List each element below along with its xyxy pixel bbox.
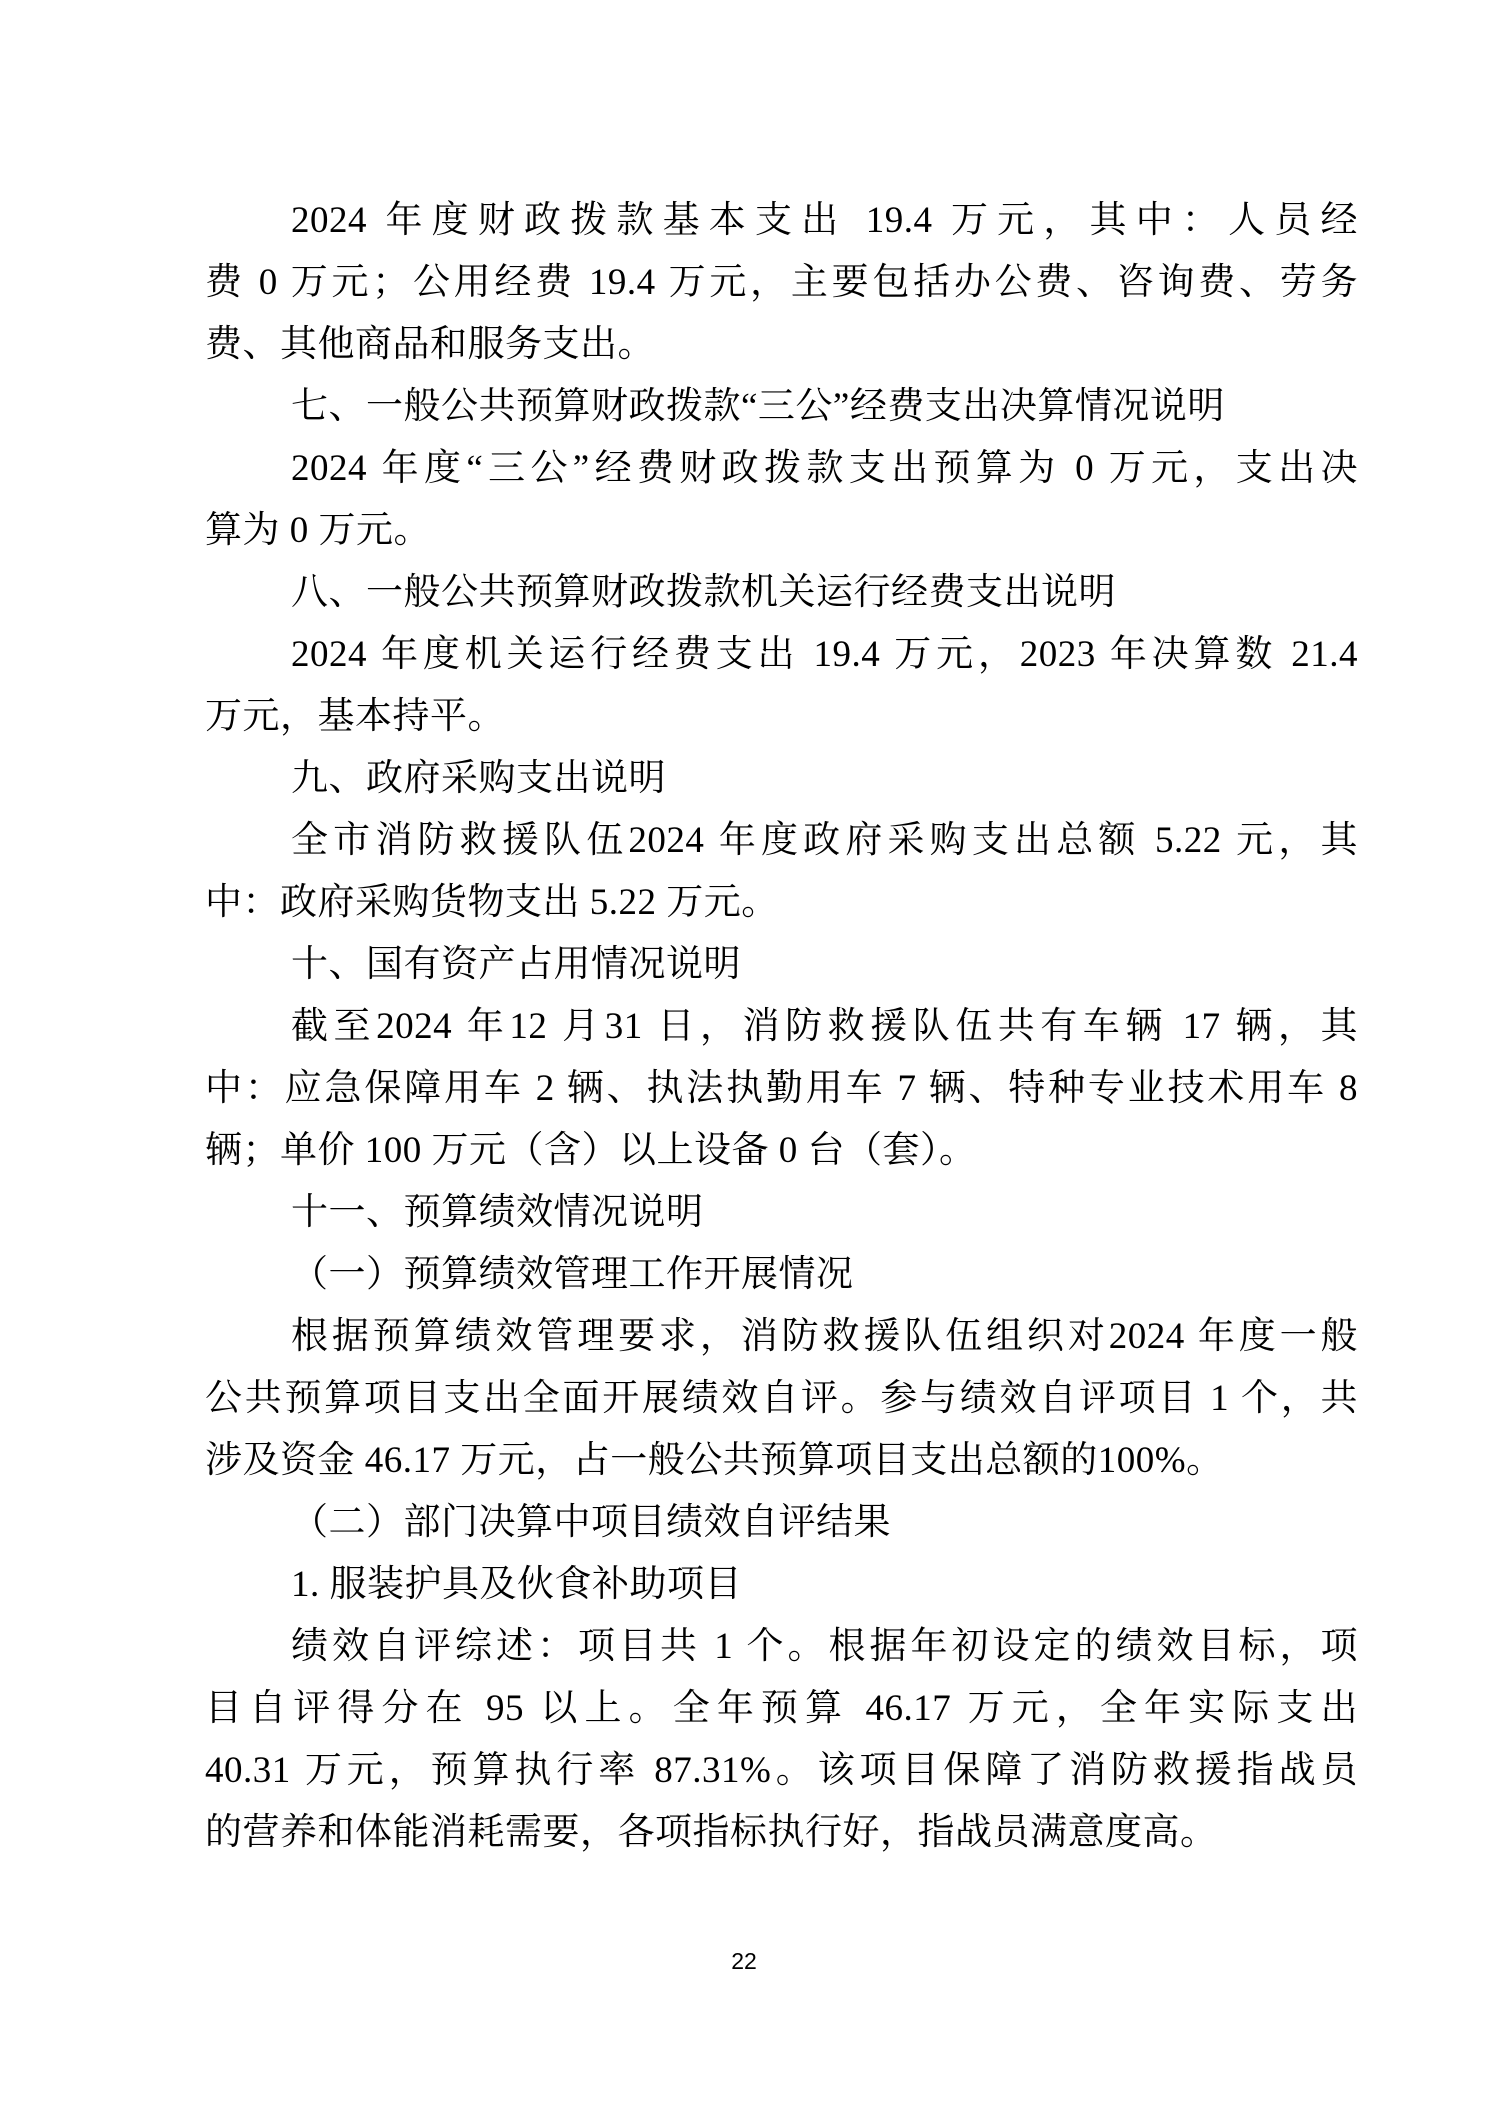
document-page: 2024 年度财政拨款基本支出 19.4 万元，其中：人员经 费 0 万元；公用…: [0, 0, 1488, 2105]
text-line: 中：政府采购货物支出 5.22 万元。: [205, 872, 1358, 934]
section-heading: 十一、预算绩效情况说明: [205, 1182, 1358, 1244]
text-line: 2024 年度“三公”经费财政拨款支出预算为 0 万元，支出决: [205, 438, 1358, 500]
text-line: 绩效自评综述：项目共 1 个。根据年初设定的绩效目标，项: [205, 1616, 1358, 1678]
text-line: 费 0 万元；公用经费 19.4 万元，主要包括办公费、咨询费、劳务: [205, 252, 1358, 314]
text-line: 目自评得分在 95 以上。全年预算 46.17 万元，全年实际支出: [205, 1678, 1358, 1740]
section-heading: 八、一般公共预算财政拨款机关运行经费支出说明: [205, 562, 1358, 624]
text-line: 算为 0 万元。: [205, 500, 1358, 562]
text-line: 全市消防救援队伍2024 年度政府采购支出总额 5.22 元，其: [205, 810, 1358, 872]
subsection-heading: （二）部门决算中项目绩效自评结果: [205, 1492, 1358, 1554]
text-line: 截至2024 年12 月31 日，消防救援队伍共有车辆 17 辆，其: [205, 996, 1358, 1058]
text-line: 40.31 万元，预算执行率 87.31%。该项目保障了消防救援指战员: [205, 1740, 1358, 1802]
section-heading: 七、一般公共预算财政拨款“三公”经费支出决算情况说明: [205, 376, 1358, 438]
text-line: 中：应急保障用车 2 辆、执法执勤用车 7 辆、特种专业技术用车 8: [205, 1058, 1358, 1120]
text-body: 2024 年度财政拨款基本支出 19.4 万元，其中：人员经 费 0 万元；公用…: [205, 190, 1358, 1864]
section-heading: 十、国有资产占用情况说明: [205, 934, 1358, 996]
text-line: 公共预算项目支出全面开展绩效自评。参与绩效自评项目 1 个，共: [205, 1368, 1358, 1430]
page-number: 22: [0, 1948, 1488, 1975]
text-line: 2024 年度机关运行经费支出 19.4 万元，2023 年决算数 21.4: [205, 624, 1358, 686]
text-line: 2024 年度财政拨款基本支出 19.4 万元，其中：人员经: [205, 190, 1358, 252]
text-line: 万元，基本持平。: [205, 686, 1358, 748]
section-heading: 九、政府采购支出说明: [205, 748, 1358, 810]
subsection-heading: （一）预算绩效管理工作开展情况: [205, 1244, 1358, 1306]
text-line: 的营养和体能消耗需要，各项指标执行好，指战员满意度高。: [205, 1802, 1358, 1864]
text-line: 根据预算绩效管理要求，消防救援队伍组织对2024 年度一般: [205, 1306, 1358, 1368]
text-line: 涉及资金 46.17 万元，占一般公共预算项目支出总额的100%。: [205, 1430, 1358, 1492]
item-heading: 1. 服装护具及伙食补助项目: [205, 1554, 1358, 1616]
text-line: 费、其他商品和服务支出。: [205, 314, 1358, 376]
text-line: 辆；单价 100 万元（含）以上设备 0 台（套）。: [205, 1120, 1358, 1182]
